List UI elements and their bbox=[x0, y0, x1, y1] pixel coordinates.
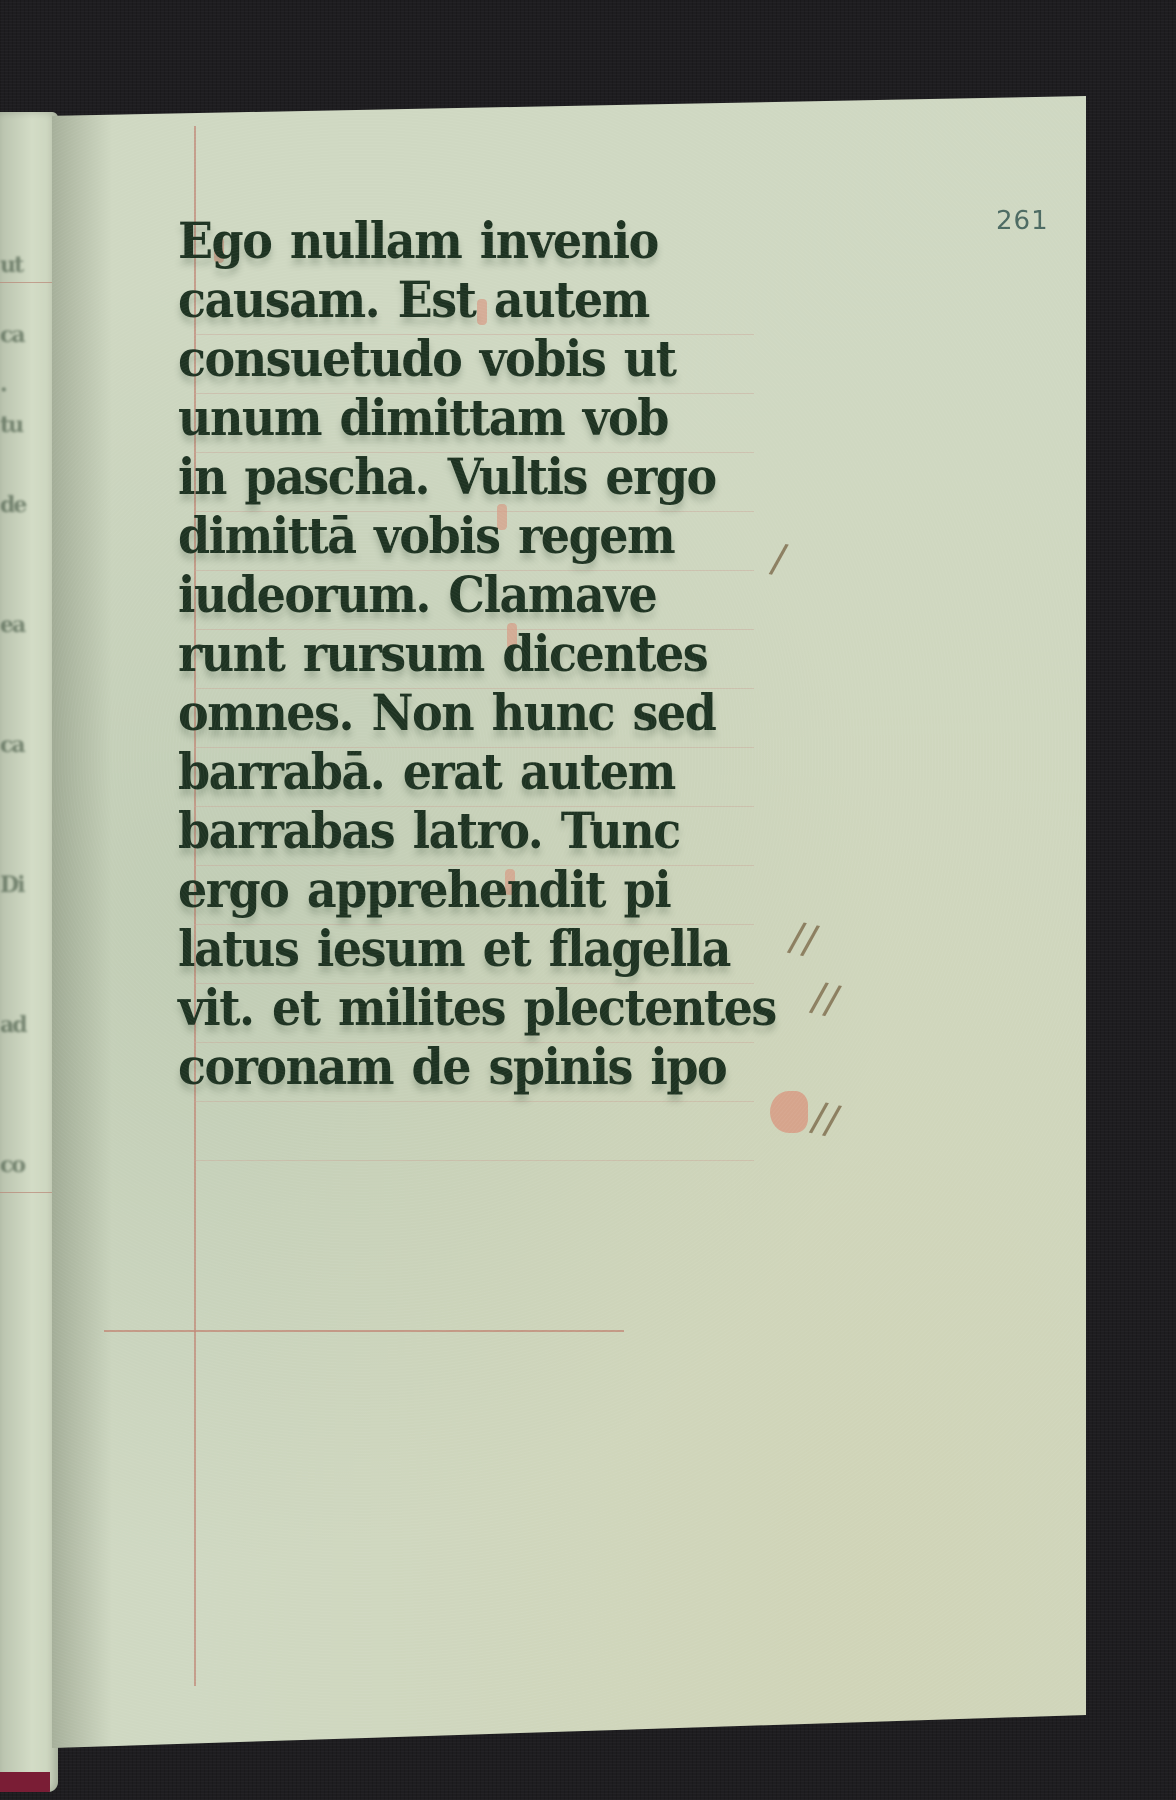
text-line: consuetudo vobis ut bbox=[178, 328, 918, 392]
text-line: runt rursum dicentes bbox=[178, 623, 918, 687]
text-line: vit. et milites plectentes bbox=[178, 977, 918, 1041]
bleed-text: ea bbox=[0, 612, 58, 638]
line-filler-stroke: // bbox=[808, 1094, 844, 1145]
text-line: latus iesum et flagella bbox=[178, 918, 918, 982]
text-line: unum dimittam vob bbox=[178, 387, 918, 451]
text-line: barrabas latro. Tunc bbox=[178, 800, 918, 864]
text-line: dimittā vobis regem bbox=[178, 505, 918, 569]
bleed-text: ad bbox=[0, 1012, 58, 1038]
previous-leaf-edge: ut ca · tu de ea ca Di ad co bbox=[0, 112, 58, 1792]
bleed-text: ut bbox=[0, 252, 58, 278]
text-line: ergo apprehendit pi bbox=[178, 859, 918, 923]
bleed-text: ca bbox=[0, 732, 58, 758]
folio-number: 261 bbox=[996, 206, 1049, 236]
text-line: coronam de spinis ipo bbox=[178, 1036, 918, 1100]
ruling-line bbox=[194, 1160, 754, 1161]
text-line: omnes. Non hunc sed bbox=[178, 682, 918, 746]
ruling-line bbox=[0, 1192, 58, 1193]
text-line: barrabā. erat autem bbox=[178, 741, 918, 805]
margin-ruling-horizontal bbox=[104, 1330, 624, 1332]
spine-binding bbox=[0, 1772, 50, 1792]
ruling-line bbox=[194, 1101, 754, 1102]
text-line: causam. Est autem bbox=[178, 269, 918, 333]
gutter-shadow bbox=[52, 96, 112, 1748]
ruling-line bbox=[0, 282, 58, 283]
text-line: Ego nullam invenio bbox=[178, 210, 918, 274]
main-text-block: Ego nullam invenio causam. Est autem con… bbox=[178, 212, 918, 1097]
text-line: in pascha. Vultis ergo bbox=[178, 446, 918, 510]
manuscript-page: 261 / // // // Ego nullam invenio causam… bbox=[52, 96, 1086, 1748]
bleed-text: tu bbox=[0, 412, 58, 438]
bleed-text: · bbox=[0, 377, 58, 403]
bleed-text: de bbox=[0, 492, 58, 518]
bleed-text: co bbox=[0, 1152, 58, 1178]
text-line: iudeorum. Clamave bbox=[178, 564, 918, 628]
bleed-text: ca bbox=[0, 322, 58, 348]
bleed-text: Di bbox=[0, 872, 58, 898]
